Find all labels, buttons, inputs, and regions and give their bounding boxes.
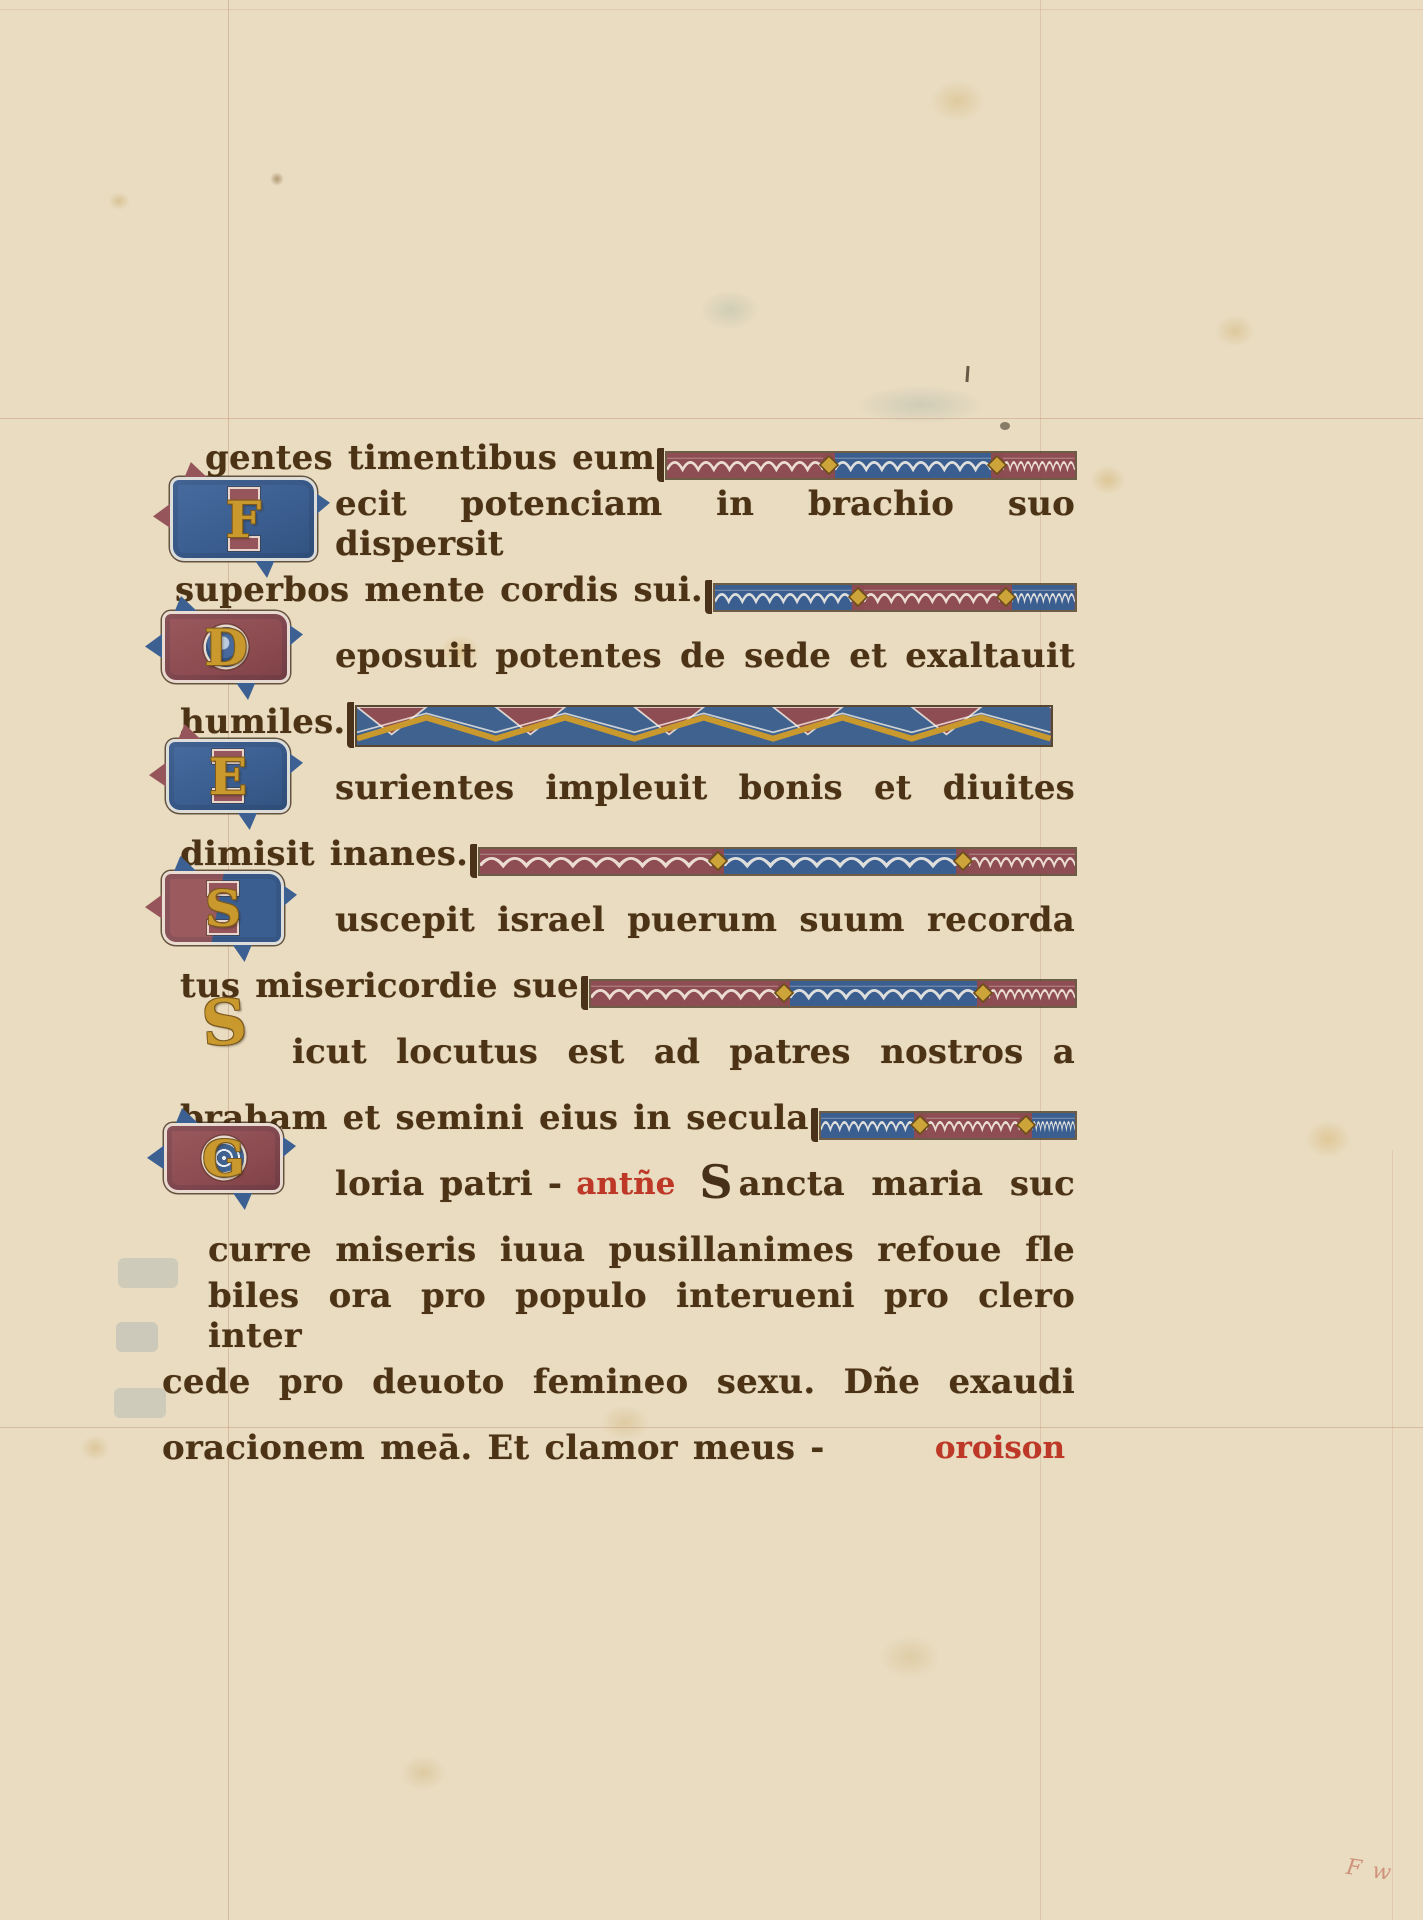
stain [930, 80, 985, 122]
zigzag-ornament [357, 707, 1051, 745]
text-line-9: tus misericordie sue [150, 953, 1075, 1019]
line-filler-wave [667, 453, 1075, 478]
latin-text: ecit potenciam in brachio suo dispersit [335, 484, 1075, 564]
ruling-line-top [0, 9, 1423, 10]
text-line-14: biles ora pro populo interueni pro clero… [150, 1283, 1075, 1349]
maroon-wave-segment [989, 981, 1075, 1006]
latin-text: icut locutus est ad patres nostros a [292, 1032, 1075, 1072]
latin-text: cede pro deuoto femineo sexu. Dñe exaudi [162, 1362, 1075, 1402]
line-filler-wave [715, 585, 1075, 610]
latin-text: oracionem meā. Et clamor meus - [162, 1428, 825, 1468]
ownership-mark: F w [1344, 1855, 1394, 1886]
initial-letter: G [202, 1129, 245, 1188]
text-line-6: surientes impleuit bonis et diuites [150, 755, 1075, 821]
stain [80, 1435, 110, 1461]
text-line-7: dimisit inanes. [150, 821, 1075, 887]
maroon-wave-segment [591, 981, 778, 1006]
latin-text: humiles. [180, 702, 345, 742]
latin-text: superbos mente cordis sui. [175, 570, 703, 610]
page-fold-line [1392, 1150, 1393, 1920]
latin-text: biles ora pro populo interueni pro clero… [208, 1276, 1075, 1356]
manuscript-page: gentes timentibus eum Fecit potenciam in… [0, 0, 1423, 1920]
text-line-16: oracionem meā. Et clamor meus -oroison [150, 1415, 1075, 1481]
stain [108, 192, 130, 210]
text-line-8: uscepit israel puerum suum recorda [150, 887, 1075, 953]
initial-letter: F [226, 490, 262, 549]
latin-text: dimisit inanes. [180, 834, 468, 874]
text-line-12: loria patri -antñeSancta maria suc [150, 1151, 1075, 1217]
blue-wave-segment [790, 981, 977, 1006]
initial-letter: E [209, 747, 247, 806]
line-filler-zigzag [357, 707, 1051, 745]
line-filler-wave [480, 849, 1075, 874]
latin-text: gentes timentibus eum [205, 438, 655, 478]
maroon-wave-segment [667, 453, 823, 478]
latin-text: surientes impleuit bonis et diuites [335, 768, 1075, 808]
text-line-15: cede pro deuoto femineo sexu. Dñe exaudi [150, 1349, 1075, 1415]
ruling-line-header [0, 418, 1423, 419]
blue-wave-segment [724, 849, 956, 874]
stain [270, 172, 284, 186]
initial-letter: S [199, 984, 249, 1060]
blue-wave-segment [821, 1113, 915, 1138]
smudge [855, 385, 985, 425]
maroon-wave-segment [480, 849, 712, 874]
text-line-5: humiles. [150, 689, 1075, 755]
text-line-10: icut locutus est ad patres nostros a [150, 1019, 1075, 1085]
versal-letter: S [699, 1162, 732, 1202]
latin-text: loria patri - [335, 1164, 562, 1204]
pen-mark [965, 366, 969, 382]
text-line-3: superbos mente cordis sui. [150, 557, 1075, 623]
text-line-13: curre miseris iuua pusillanimes refoue f… [150, 1217, 1075, 1283]
initial-letter: D [204, 618, 247, 677]
smudge [700, 290, 760, 330]
maroon-wave-segment [1003, 453, 1075, 478]
text-block: gentes timentibus eum Fecit potenciam in… [150, 425, 1075, 1495]
text-line-2: ecit potenciam in brachio suo dispersit [150, 491, 1075, 557]
stain [400, 1755, 446, 1791]
stain [880, 1635, 940, 1679]
line-filler-wave [591, 981, 1075, 1006]
latin-text: uscepit israel puerum suum recorda [335, 900, 1075, 940]
text-line-4: eposuit potentes de sede et exaltauit [150, 623, 1075, 689]
maroon-wave-segment [926, 1113, 1020, 1138]
latin-text: curre miseris iuua pusillanimes refoue f… [208, 1230, 1075, 1270]
stain [1215, 315, 1255, 347]
latin-text: ancta maria suc [739, 1164, 1075, 1204]
maroon-wave-segment [864, 585, 1001, 610]
rubric-text: antñe [576, 1166, 675, 1202]
blue-wave-segment [835, 453, 991, 478]
initial-letter: S [205, 879, 241, 938]
blue-wave-segment [1012, 585, 1075, 610]
blue-wave-segment [715, 585, 852, 610]
stain [1090, 465, 1126, 495]
maroon-wave-segment [969, 849, 1075, 874]
stain [1305, 1120, 1351, 1158]
latin-text: eposuit potentes de sede et exaltauit [335, 636, 1075, 676]
blue-wave-segment [1032, 1113, 1075, 1138]
rubric-text: oroison [935, 1430, 1065, 1466]
line-filler-wave [821, 1113, 1075, 1138]
